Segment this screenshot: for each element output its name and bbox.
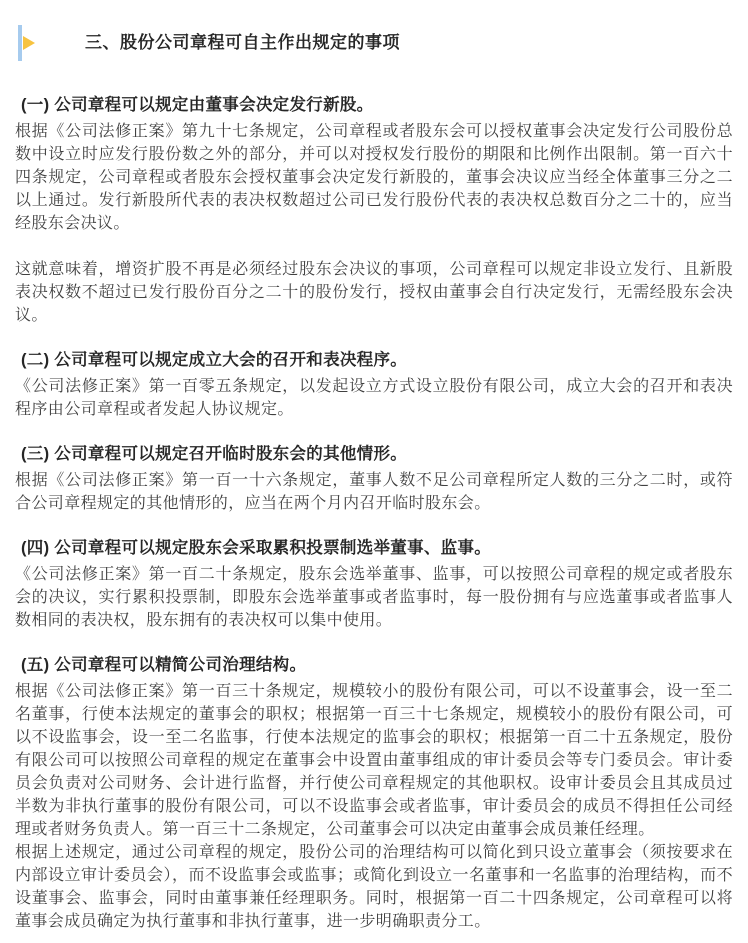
section-5: (五) 公司章程可以精简公司治理结构。 根据《公司法修正案》第一百三十条规定，规…	[15, 655, 733, 933]
section-5-heading: (五) 公司章程可以精简公司治理结构。	[15, 655, 733, 675]
section-3: (三) 公司章程可以规定召开临时股东会的其他情形。 根据《公司法修正案》第一百一…	[15, 444, 733, 515]
section-1-paragraph-1: 根据《公司法修正案》第九十七条规定，公司章程或者股东会可以授权董事会决定发行公司…	[15, 120, 733, 235]
accent-bar	[18, 25, 22, 61]
section-4: (四) 公司章程可以规定股东会采取累积投票制选举董事、监事。 《公司法修正案》第…	[15, 538, 733, 632]
section-2-heading: (二) 公司章程可以规定成立大会的召开和表决程序。	[15, 350, 733, 370]
section-3-paragraph-1: 根据《公司法修正案》第一百一十六条规定，董事人数不足公司章程所定人数的三分之二时…	[15, 469, 733, 515]
section-5-paragraph-2: 根据上述规定，通过公司章程的规定，股份公司的治理结构可以简化到只设立董事会（须按…	[15, 841, 733, 933]
section-4-paragraph-1: 《公司法修正案》第一百二十条规定，股东会选举董事、监事，可以按照公司章程的规定或…	[15, 563, 733, 632]
right-triangle-icon	[23, 36, 35, 50]
section-3-heading: (三) 公司章程可以规定召开临时股东会的其他情形。	[15, 444, 733, 464]
section-2-paragraph-1: 《公司法修正案》第一百零五条规定，以发起设立方式设立股份有限公司，成立大会的召开…	[15, 375, 733, 421]
section-4-heading: (四) 公司章程可以规定股东会采取累积投票制选举董事、监事。	[15, 538, 733, 558]
document-page: 三、股份公司章程可自主作出规定的事项 (一) 公司章程可以规定由董事会决定发行新…	[0, 0, 748, 943]
document-header: 三、股份公司章程可自主作出规定的事项	[15, 25, 733, 61]
section-2: (二) 公司章程可以规定成立大会的召开和表决程序。 《公司法修正案》第一百零五条…	[15, 350, 733, 421]
section-1: (一) 公司章程可以规定由董事会决定发行新股。 根据《公司法修正案》第九十七条规…	[15, 95, 733, 327]
section-1-paragraph-2: 这就意味着，增资扩股不再是必须经过股东会决议的事项，公司章程可以规定非设立发行、…	[15, 258, 733, 327]
section-5-paragraph-1: 根据《公司法修正案》第一百三十条规定，规模较小的股份有限公司，可以不设董事会，设…	[15, 680, 733, 841]
page-title: 三、股份公司章程可自主作出规定的事项	[85, 32, 400, 54]
section-1-heading: (一) 公司章程可以规定由董事会决定发行新股。	[15, 95, 733, 115]
